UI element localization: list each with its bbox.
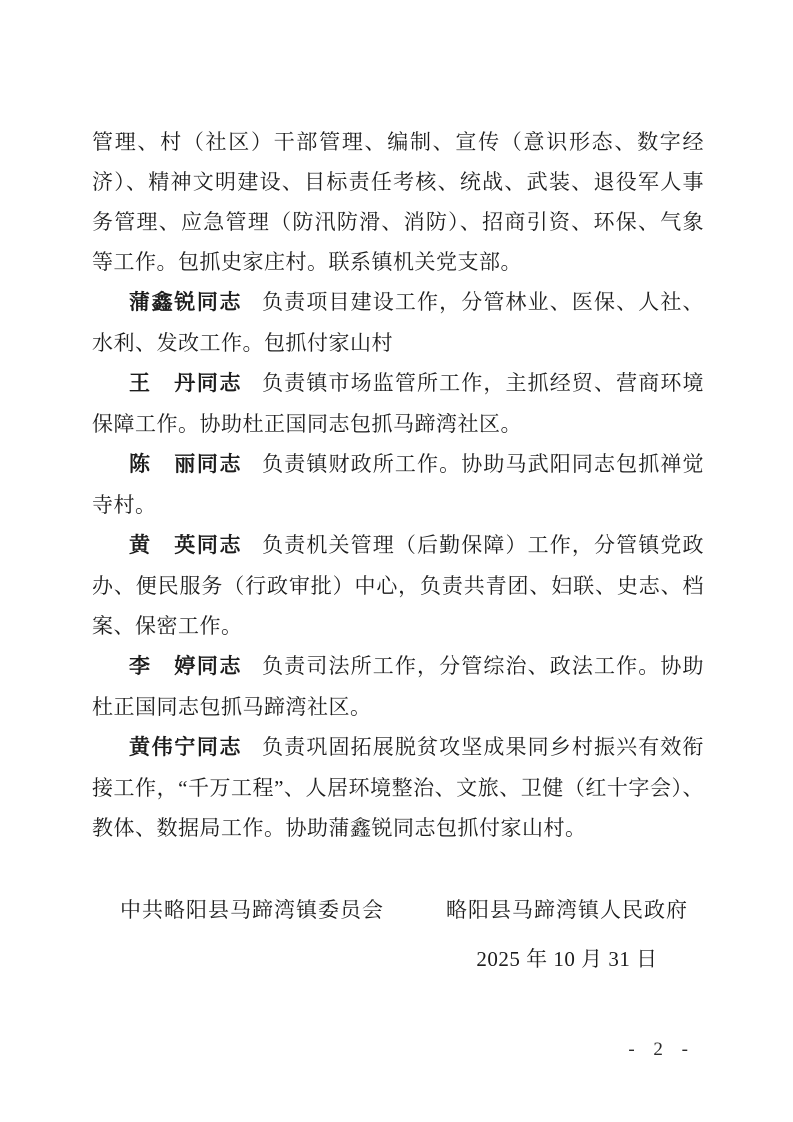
cadre-name: 陈 丽同志	[129, 453, 242, 476]
document-body: 管理、村（社区）干部管理、编制、宣传（意识形态、数字经济）、精神文明建设、目标责…	[92, 122, 704, 848]
continuation-paragraph: 管理、村（社区）干部管理、编制、宣传（意识形态、数字经济）、精神文明建设、目标责…	[92, 122, 704, 282]
duty-paragraph: 黄伟宁同志负责巩固拓展脱贫攻坚成果同乡村振兴有效衔接工作，“千万工程”、人居环境…	[92, 727, 704, 848]
duty-paragraph: 王 丹同志负责镇市场监管所工作，主抓经贸、营商环境保障工作。协助杜正国同志包抓马…	[92, 363, 704, 444]
duty-paragraph: 蒲鑫锐同志负责项目建设工作，分管林业、医保、人社、水利、发改工作。包抓付家山村	[92, 282, 704, 363]
cadre-name: 黄 英同志	[129, 534, 242, 557]
duty-paragraph: 陈 丽同志负责镇财政所工作。协助马武阳同志包抓禅觉寺村。	[92, 444, 704, 525]
cadre-name: 王 丹同志	[129, 372, 242, 395]
signature-government: 略阳县马蹄湾镇人民政府	[446, 890, 688, 930]
duty-paragraph: 黄 英同志负责机关管理（后勤保障）工作，分管镇党政办、便民服务（行政审批）中心，…	[92, 525, 704, 646]
signature-block: 中共略阳县马蹄湾镇委员会 略阳县马蹄湾镇人民政府 2025 年 10 月 31 …	[92, 890, 704, 979]
duty-paragraph: 李 婷同志负责司法所工作，分管综治、政法工作。协助杜正国同志包抓马蹄湾社区。	[92, 646, 704, 727]
cadre-name: 李 婷同志	[129, 655, 242, 678]
document-date: 2025 年 10 月 31 日	[446, 939, 688, 979]
signature-party-committee: 中共略阳县马蹄湾镇委员会	[92, 890, 384, 979]
document-page: 管理、村（社区）干部管理、编制、宣传（意识形态、数字经济）、精神文明建设、目标责…	[0, 0, 793, 1122]
cadre-name: 蒲鑫锐同志	[129, 291, 242, 314]
page-number: - 2 -	[628, 1039, 693, 1061]
cadre-name: 黄伟宁同志	[129, 736, 242, 759]
signature-government-block: 略阳县马蹄湾镇人民政府 2025 年 10 月 31 日	[446, 890, 704, 979]
